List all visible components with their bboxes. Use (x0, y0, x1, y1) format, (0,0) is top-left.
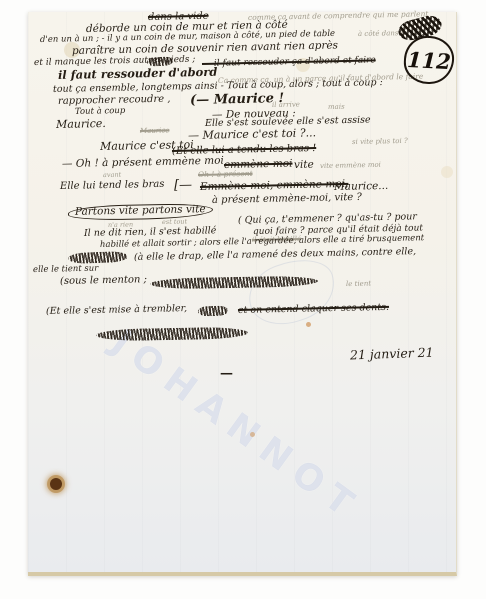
scanned-page-background: JOHANNOT dans la videcomme ça avant de c… (0, 0, 486, 599)
ink-scribble (147, 56, 173, 66)
page-number: 112 (406, 46, 451, 73)
ink-scribble-layer (0, 0, 486, 599)
ink-scribble (150, 276, 318, 290)
date-line: 21 janvier 21 (350, 345, 434, 363)
ink-scribble (198, 305, 228, 316)
separator-dash: — (220, 366, 233, 381)
ink-scribble (96, 327, 248, 342)
ink-scribble (68, 251, 128, 264)
